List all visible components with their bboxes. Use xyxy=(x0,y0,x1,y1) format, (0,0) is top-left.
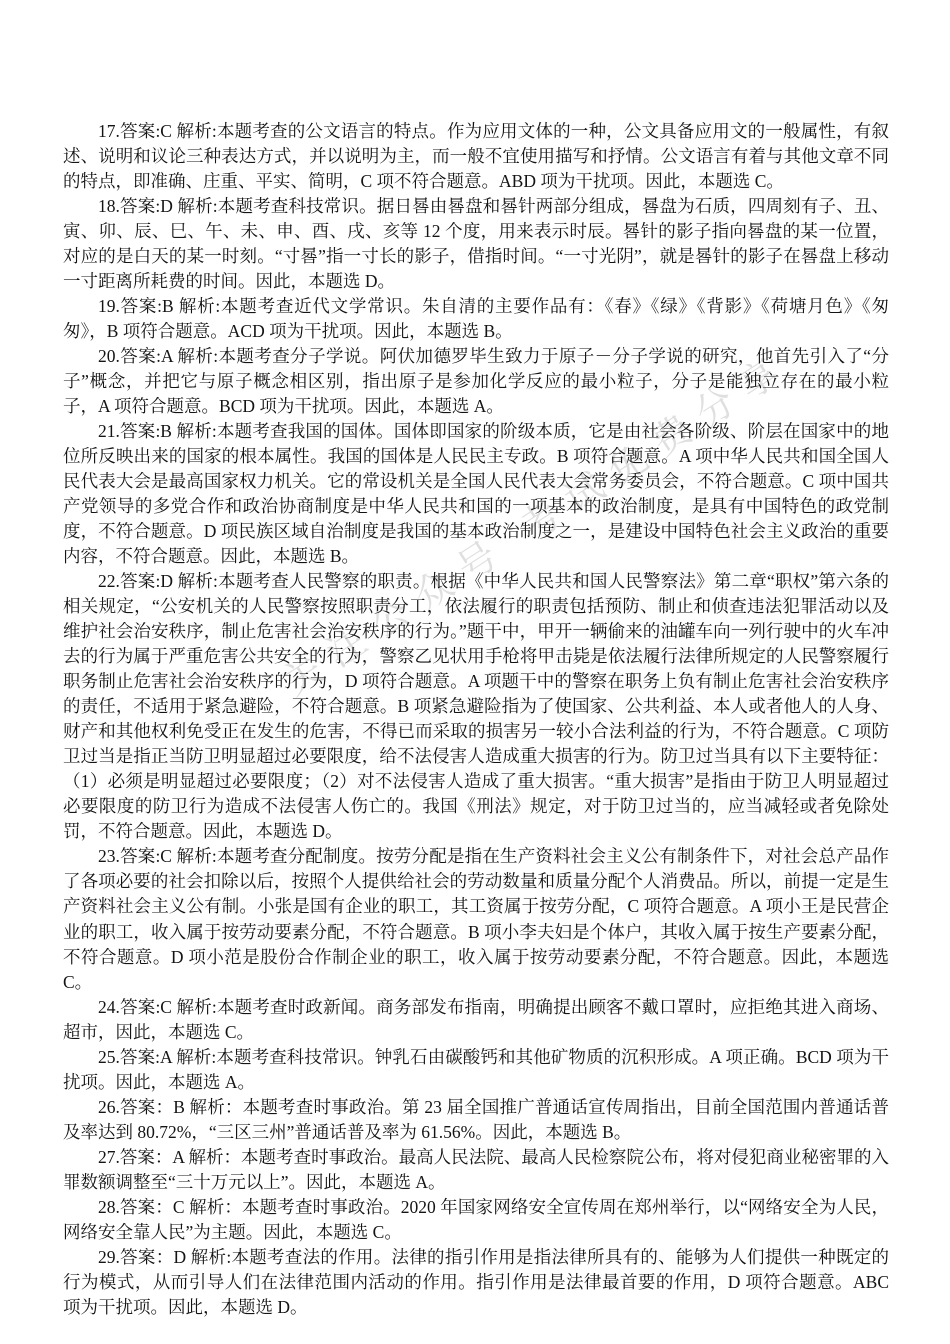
answer-item-22: 22.答案:D 解析:本题考查人民警察的职责。根据《中华人民共和国人民警察法》第… xyxy=(63,569,889,844)
document-page: 关注公众号 考试免费分享 17.答案:C 解析:本题考查的公文语言的特点。作为应… xyxy=(0,0,950,1344)
answer-item-29: 29.答案：D 解析:本题考查法的作用。法律的指引作用是指法律所具有的、能够为人… xyxy=(63,1245,889,1320)
answer-item-20: 20.答案:A 解析:本题考查分子学说。阿伏加德罗毕生致力于原子－分子学说的研究… xyxy=(63,344,889,419)
answer-item-28: 28.答案：C 解析：本题考查时事政治。2020 年国家网络安全宣传周在郑州举行… xyxy=(63,1195,889,1245)
answer-item-24: 24.答案:C 解析:本题考查时政新闻。商务部发布指南，明确提出顾客不戴口罩时，… xyxy=(63,995,889,1045)
answer-item-17: 17.答案:C 解析:本题考查的公文语言的特点。作为应用文体的一种，公文具备应用… xyxy=(63,119,889,194)
answer-item-26: 26.答案：B 解析：本题考查时事政治。第 23 届全国推广普通话宣传周指出，目… xyxy=(63,1095,889,1145)
answer-item-18: 18.答案:D 解析:本题考查科技常识。据日晷由晷盘和晷针两部分组成，晷盘为石质… xyxy=(63,194,889,294)
answer-explanation-list: 17.答案:C 解析:本题考查的公文语言的特点。作为应用文体的一种，公文具备应用… xyxy=(63,119,889,1320)
answer-item-27: 27.答案：A 解析：本题考查时事政治。最高人民法院、最高人民检察院公布，将对侵… xyxy=(63,1145,889,1195)
answer-item-25: 25.答案:A 解析:本题考查科技常识。钟乳石由碳酸钙和其他矿物质的沉积形成。A… xyxy=(63,1045,889,1095)
answer-item-21: 21.答案:B 解析:本题考查我国的国体。国体即国家的阶级本质，它是由社会各阶级… xyxy=(63,419,889,569)
answer-item-23: 23.答案:C 解析:本题考查分配制度。按劳分配是指在生产资料社会主义公有制条件… xyxy=(63,844,889,994)
answer-item-19: 19.答案:B 解析:本题考查近代文学常识。朱自清的主要作品有：《春》《绿》《背… xyxy=(63,294,889,344)
